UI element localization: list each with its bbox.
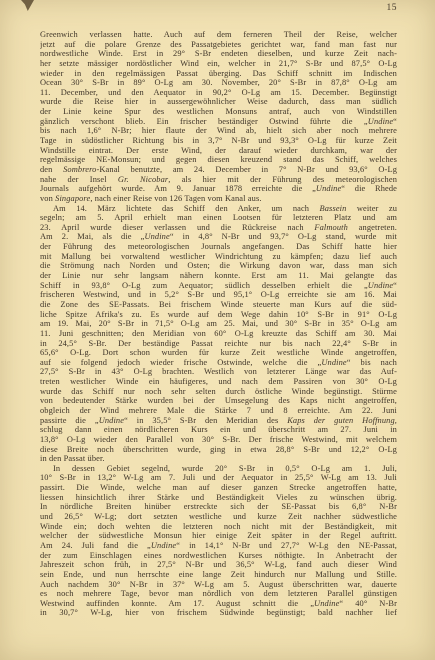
text-line: Auch nachdem 30° N-Br in 37° W-Lg am 5. … xyxy=(40,580,397,590)
text-block: Greenwich verlassen hatte. Auch auf dem … xyxy=(40,30,397,618)
text-line: auf sie folgend jedoch wieder frische Os… xyxy=(40,358,397,368)
text-line: liche Spitze Afrika's zu. Es wurde auf d… xyxy=(40,310,397,320)
text-line: der zum Einschlagen eines nordwestlichen… xyxy=(40,551,397,561)
text-line: Westwind auffinden konnte. Am 17. August… xyxy=(40,599,397,609)
text-line: liessen hinsichtlich ihrer Stärke und Be… xyxy=(40,493,397,503)
text-line: obgleich der Wind mehrere Male die Stärk… xyxy=(40,406,397,416)
text-line: von bedeutender Stärke wurden bei der Um… xyxy=(40,396,397,406)
text-line: 65,6° O-Lg. Dort schon wurden für kurze … xyxy=(40,348,397,358)
text-line: 10° S-Br in 13,2° W-Lg am 7. Juli und de… xyxy=(40,473,397,483)
italic-term: Kaps der guten Hoffnung xyxy=(287,416,395,425)
text-line: passirte die „Undine“ in 35,5° S-Br den … xyxy=(40,416,397,426)
text-line: 27,5° S-Br in 43° O-Lg brachten. Westlic… xyxy=(40,367,397,377)
text-line: in den Passat über. xyxy=(40,454,397,464)
text-line: regelmässige NE-Monsun; und gegen diesen… xyxy=(40,155,397,165)
text-line: welcher der südwestliche Monsun hier ein… xyxy=(40,531,397,541)
text-line: in 30,7° W-Lg, hier von frischem Südwind… xyxy=(40,608,397,618)
text-line: 11. December, und den Aequator in 90,2° … xyxy=(40,88,397,98)
text-line: her setzte mässiger nordöstlicher Wind e… xyxy=(40,59,397,69)
text-line: Am 2. Mai, als die „Undine“ in 4,8° N-Br… xyxy=(40,232,397,242)
text-line: wurde die Reise hier in aussergewöhnlich… xyxy=(40,97,397,107)
paragraph: Greenwich verlassen hatte. Auch auf dem … xyxy=(40,30,397,204)
text-line: gänzlich verschont blieb. Ein frischer b… xyxy=(40,117,397,127)
text-line: Windstille eintrat. Der erste Wind, der … xyxy=(40,146,397,156)
text-line: nahe der Insel Gr. Nicobar, als hier mit… xyxy=(40,175,397,185)
text-line: In dessen Gebiet segelnd, wurde 20° S-Br… xyxy=(40,464,397,474)
text-line: die Zone des SE-Passats. Bei frischem Wi… xyxy=(40,300,397,310)
text-line: Ocean 30° S-Br in 89° O-Lg am 30. Novemb… xyxy=(40,78,397,88)
text-line: sein Ende, und nun herrschte eine lange … xyxy=(40,570,397,580)
italic-term: Undine xyxy=(314,599,339,608)
paragraph: In dessen Gebiet segelnd, wurde 20° S-Br… xyxy=(40,464,397,618)
italic-term: Undine xyxy=(144,232,169,241)
text-line: wurde das Schiff nur noch sehr selten du… xyxy=(40,387,397,397)
italic-term: Undine xyxy=(151,541,176,550)
italic-term: Singapore xyxy=(55,194,90,203)
text-line: 11. Juni geschnitten; den Meridian von 6… xyxy=(40,329,397,339)
text-line: diese Breite noch überschritten wurde, g… xyxy=(40,445,397,455)
text-line: Am 14. März lichtete das Schiff den Anke… xyxy=(40,204,397,214)
text-line: am 19. Mai, 20° S-Br in 71,5° O-Lg am 25… xyxy=(40,319,397,329)
italic-term: Undine xyxy=(99,416,124,425)
text-line: mit Mallung bei vorwaltend westlicher Wi… xyxy=(40,252,397,262)
italic-term: Undine xyxy=(368,117,393,126)
text-line: schlug dann einen nördlicheren Kurs ein … xyxy=(40,425,397,435)
text-line: Greenwich verlassen hatte. Auch auf dem … xyxy=(40,30,397,40)
text-line: Winde ein; doch wehten die letzteren noc… xyxy=(40,522,397,532)
page-number: 15 xyxy=(387,3,398,13)
text-line: der Linie keine Spur des westlichen Mons… xyxy=(40,107,397,117)
text-line: 23. April wurde dieser verlassen und die… xyxy=(40,223,397,233)
text-line: der Führung des meteorologischen Journal… xyxy=(40,242,397,252)
italic-term: Undine xyxy=(368,281,393,290)
italic-term: Sombrero xyxy=(63,165,96,174)
text-line: in 24,5° S-Br. Der beständige Passat rei… xyxy=(40,339,397,349)
text-line: von Singapore, nach einer Reise von 126 … xyxy=(40,194,397,204)
scan-artifact-speck xyxy=(21,0,34,11)
book-page: 15 Greenwich verlassen hatte. Auch auf d… xyxy=(0,0,435,660)
text-line: passirt. Die Winde, welche man auf diese… xyxy=(40,483,397,493)
text-line: 13,8° O-Lg wieder den Parallel von 30° S… xyxy=(40,435,397,445)
text-line: der Linie nur sehr langsam nähern konnte… xyxy=(40,271,397,281)
text-line: und 26,5° W-Lg; dort setzten westliche u… xyxy=(40,512,397,522)
italic-term: Falmouth xyxy=(314,223,348,232)
italic-term: Undine xyxy=(316,184,341,193)
text-line: segeln; am 5. April erhielt man einen Lo… xyxy=(40,213,397,223)
text-line: es noch mehrere Tage, bevor man nördlich… xyxy=(40,589,397,599)
text-line: In nördliche Breiten hinüber erstreckte … xyxy=(40,502,397,512)
paragraph: Am 14. März lichtete das Schiff den Anke… xyxy=(40,204,397,464)
italic-term: Bassein xyxy=(320,204,347,213)
text-line: bis nach 1,6° N-Br; hier flaute der Wind… xyxy=(40,126,397,136)
text-line: Tage in südöstlicher Richtung bis in 3,7… xyxy=(40,136,397,146)
text-line: treten westlicher Winde ein häufigeres, … xyxy=(40,377,397,387)
text-line: Schiff in 93,8° O-Lg zum Aequator; südli… xyxy=(40,281,397,291)
text-line: Am 24. Juli fand die „Undine“ in 14,1° N… xyxy=(40,541,397,551)
italic-term: Gr. Nicobar xyxy=(118,175,168,184)
text-line: jetzt auf die polare Grenze des Passatge… xyxy=(40,40,397,50)
text-line: Jahreszeit schon früh, in 27,5° N-Br und… xyxy=(40,560,397,570)
text-line: wieder in den regelmässigen Passat überg… xyxy=(40,69,397,79)
text-line: den Sombrero-Kanal benutzte, am 24. Dece… xyxy=(40,165,397,175)
text-line: frischeren Westwind, und in 5,2° S-Br un… xyxy=(40,290,397,300)
text-line: nordwestliche Winde. Erst in 29° S-Br en… xyxy=(40,49,397,59)
text-line: die Strömung nach Norden und Osten; die … xyxy=(40,261,397,271)
italic-term: Undine xyxy=(321,358,346,367)
text-line: Journals aufgehört wurde. Am 9. Januar 1… xyxy=(40,184,397,194)
